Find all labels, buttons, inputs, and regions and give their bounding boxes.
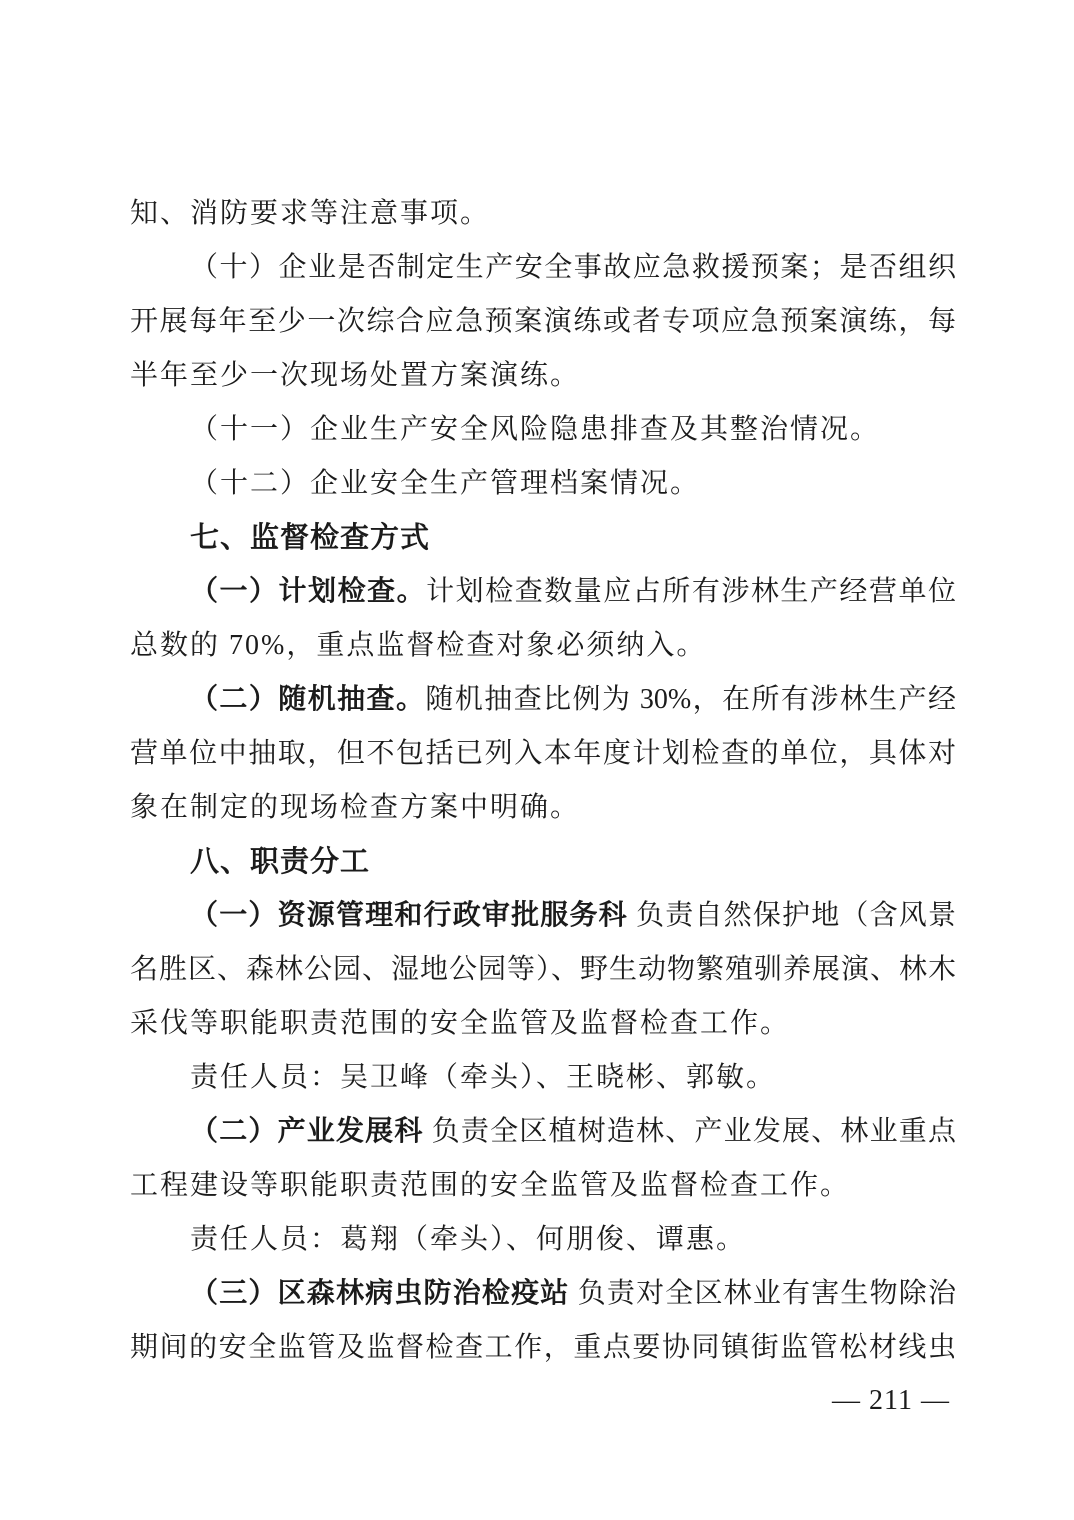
page-number: — 211 — <box>832 1386 950 1416</box>
text-segment: 责任人员：葛翔（牵头）、何朋俊、谭惠。 <box>190 1224 746 1255</box>
document-page: 知、消防要求等注意事项。（十）企业是否制定生产安全事故应急救援预案；是否组织开展… <box>0 0 1074 1520</box>
bold-text-segment: （一）资源管理和行政审批服务科 <box>190 900 628 931</box>
text-segment: 知、消防要求等注意事项。 <box>130 198 490 229</box>
bold-text-segment: （二）随机抽查。 <box>190 684 425 715</box>
text-line: （十）企业是否制定生产安全事故应急救援预案；是否组织 <box>130 241 956 295</box>
text-segment: 计划检查数量应占所有涉林生产经营单位 <box>426 576 956 607</box>
text-line: 期间的安全监管及监督检查工作，重点要协同镇街监管松材线虫 <box>130 1321 956 1375</box>
text-segment: 总数的 70%，重点监督检查对象必须纳入。 <box>130 630 706 661</box>
document-content: 知、消防要求等注意事项。（十）企业是否制定生产安全事故应急救援预案；是否组织开展… <box>130 187 956 1375</box>
text-segment: 负责自然保护地（含风景 <box>628 900 956 931</box>
bold-text-segment: （三）区森林病虫防治检疫站 <box>190 1278 570 1309</box>
text-line: 责任人员：吴卫峰（牵头）、王晓彬、郭敏。 <box>130 1051 956 1105</box>
text-segment: （十二）企业安全生产管理档案情况。 <box>190 468 700 499</box>
text-line: 责任人员：葛翔（牵头）、何朋俊、谭惠。 <box>130 1213 956 1267</box>
text-line: （三）区森林病虫防治检疫站 负责对全区林业有害生物除治 <box>130 1267 956 1321</box>
bold-text-segment: 七、监督检查方式 <box>190 522 430 554</box>
text-segment: 负责对全区林业有害生物除治 <box>570 1278 957 1309</box>
text-segment: 责任人员：吴卫峰（牵头）、王晓彬、郭敏。 <box>190 1062 776 1093</box>
text-segment: 开展每年至少一次综合应急预案演练或者专项应急预案演练，每 <box>130 306 956 337</box>
text-segment: 象在制定的现场检查方案中明确。 <box>130 792 580 823</box>
text-segment: 负责全区植树造林、产业发展、林业重点 <box>424 1116 956 1147</box>
text-line: 工程建设等职能职责范围的安全监管及监督检查工作。 <box>130 1159 956 1213</box>
text-line: 半年至少一次现场处置方案演练。 <box>130 349 956 403</box>
text-line: （一）资源管理和行政审批服务科 负责自然保护地（含风景 <box>130 889 956 943</box>
text-segment: 半年至少一次现场处置方案演练。 <box>130 360 580 391</box>
text-line: 名胜区、森林公园、湿地公园等）、野生动物繁殖驯养展演、林木 <box>130 943 956 997</box>
text-segment: 采伐等职能职责范围的安全监管及监督检查工作。 <box>130 1008 790 1039</box>
bold-text-segment: 八、职责分工 <box>190 846 370 878</box>
text-line: 开展每年至少一次综合应急预案演练或者专项应急预案演练，每 <box>130 295 956 349</box>
text-line: 采伐等职能职责范围的安全监管及监督检查工作。 <box>130 997 956 1051</box>
section-heading: 八、职责分工 <box>130 835 956 889</box>
text-line: 营单位中抽取，但不包括已列入本年度计划检查的单位，具体对 <box>130 727 956 781</box>
text-segment: 期间的安全监管及监督检查工作，重点要协同镇街监管松材线虫 <box>130 1332 956 1363</box>
text-line: （二）随机抽查。随机抽查比例为 30%，在所有涉林生产经 <box>130 673 956 727</box>
section-heading: 七、监督检查方式 <box>130 511 956 565</box>
text-line: （一）计划检查。计划检查数量应占所有涉林生产经营单位 <box>130 565 956 619</box>
text-line: 总数的 70%，重点监督检查对象必须纳入。 <box>130 619 956 673</box>
text-segment: 名胜区、森林公园、湿地公园等）、野生动物繁殖驯养展演、林木 <box>130 954 956 985</box>
text-line: （二）产业发展科 负责全区植树造林、产业发展、林业重点 <box>130 1105 956 1159</box>
text-segment: 随机抽查比例为 30%，在所有涉林生产经 <box>425 684 956 715</box>
text-segment: 工程建设等职能职责范围的安全监管及监督检查工作。 <box>130 1170 850 1201</box>
text-line: （十一）企业生产安全风险隐患排查及其整治情况。 <box>130 403 956 457</box>
text-line: 知、消防要求等注意事项。 <box>130 187 956 241</box>
bold-text-segment: （二）产业发展科 <box>190 1116 424 1147</box>
text-segment: （十）企业是否制定生产安全事故应急救援预案；是否组织 <box>190 252 956 283</box>
text-segment: 营单位中抽取，但不包括已列入本年度计划检查的单位，具体对 <box>130 738 956 769</box>
text-line: （十二）企业安全生产管理档案情况。 <box>130 457 956 511</box>
text-line: 象在制定的现场检查方案中明确。 <box>130 781 956 835</box>
text-segment: （十一）企业生产安全风险隐患排查及其整治情况。 <box>190 414 880 445</box>
bold-text-segment: （一）计划检查。 <box>190 576 426 607</box>
